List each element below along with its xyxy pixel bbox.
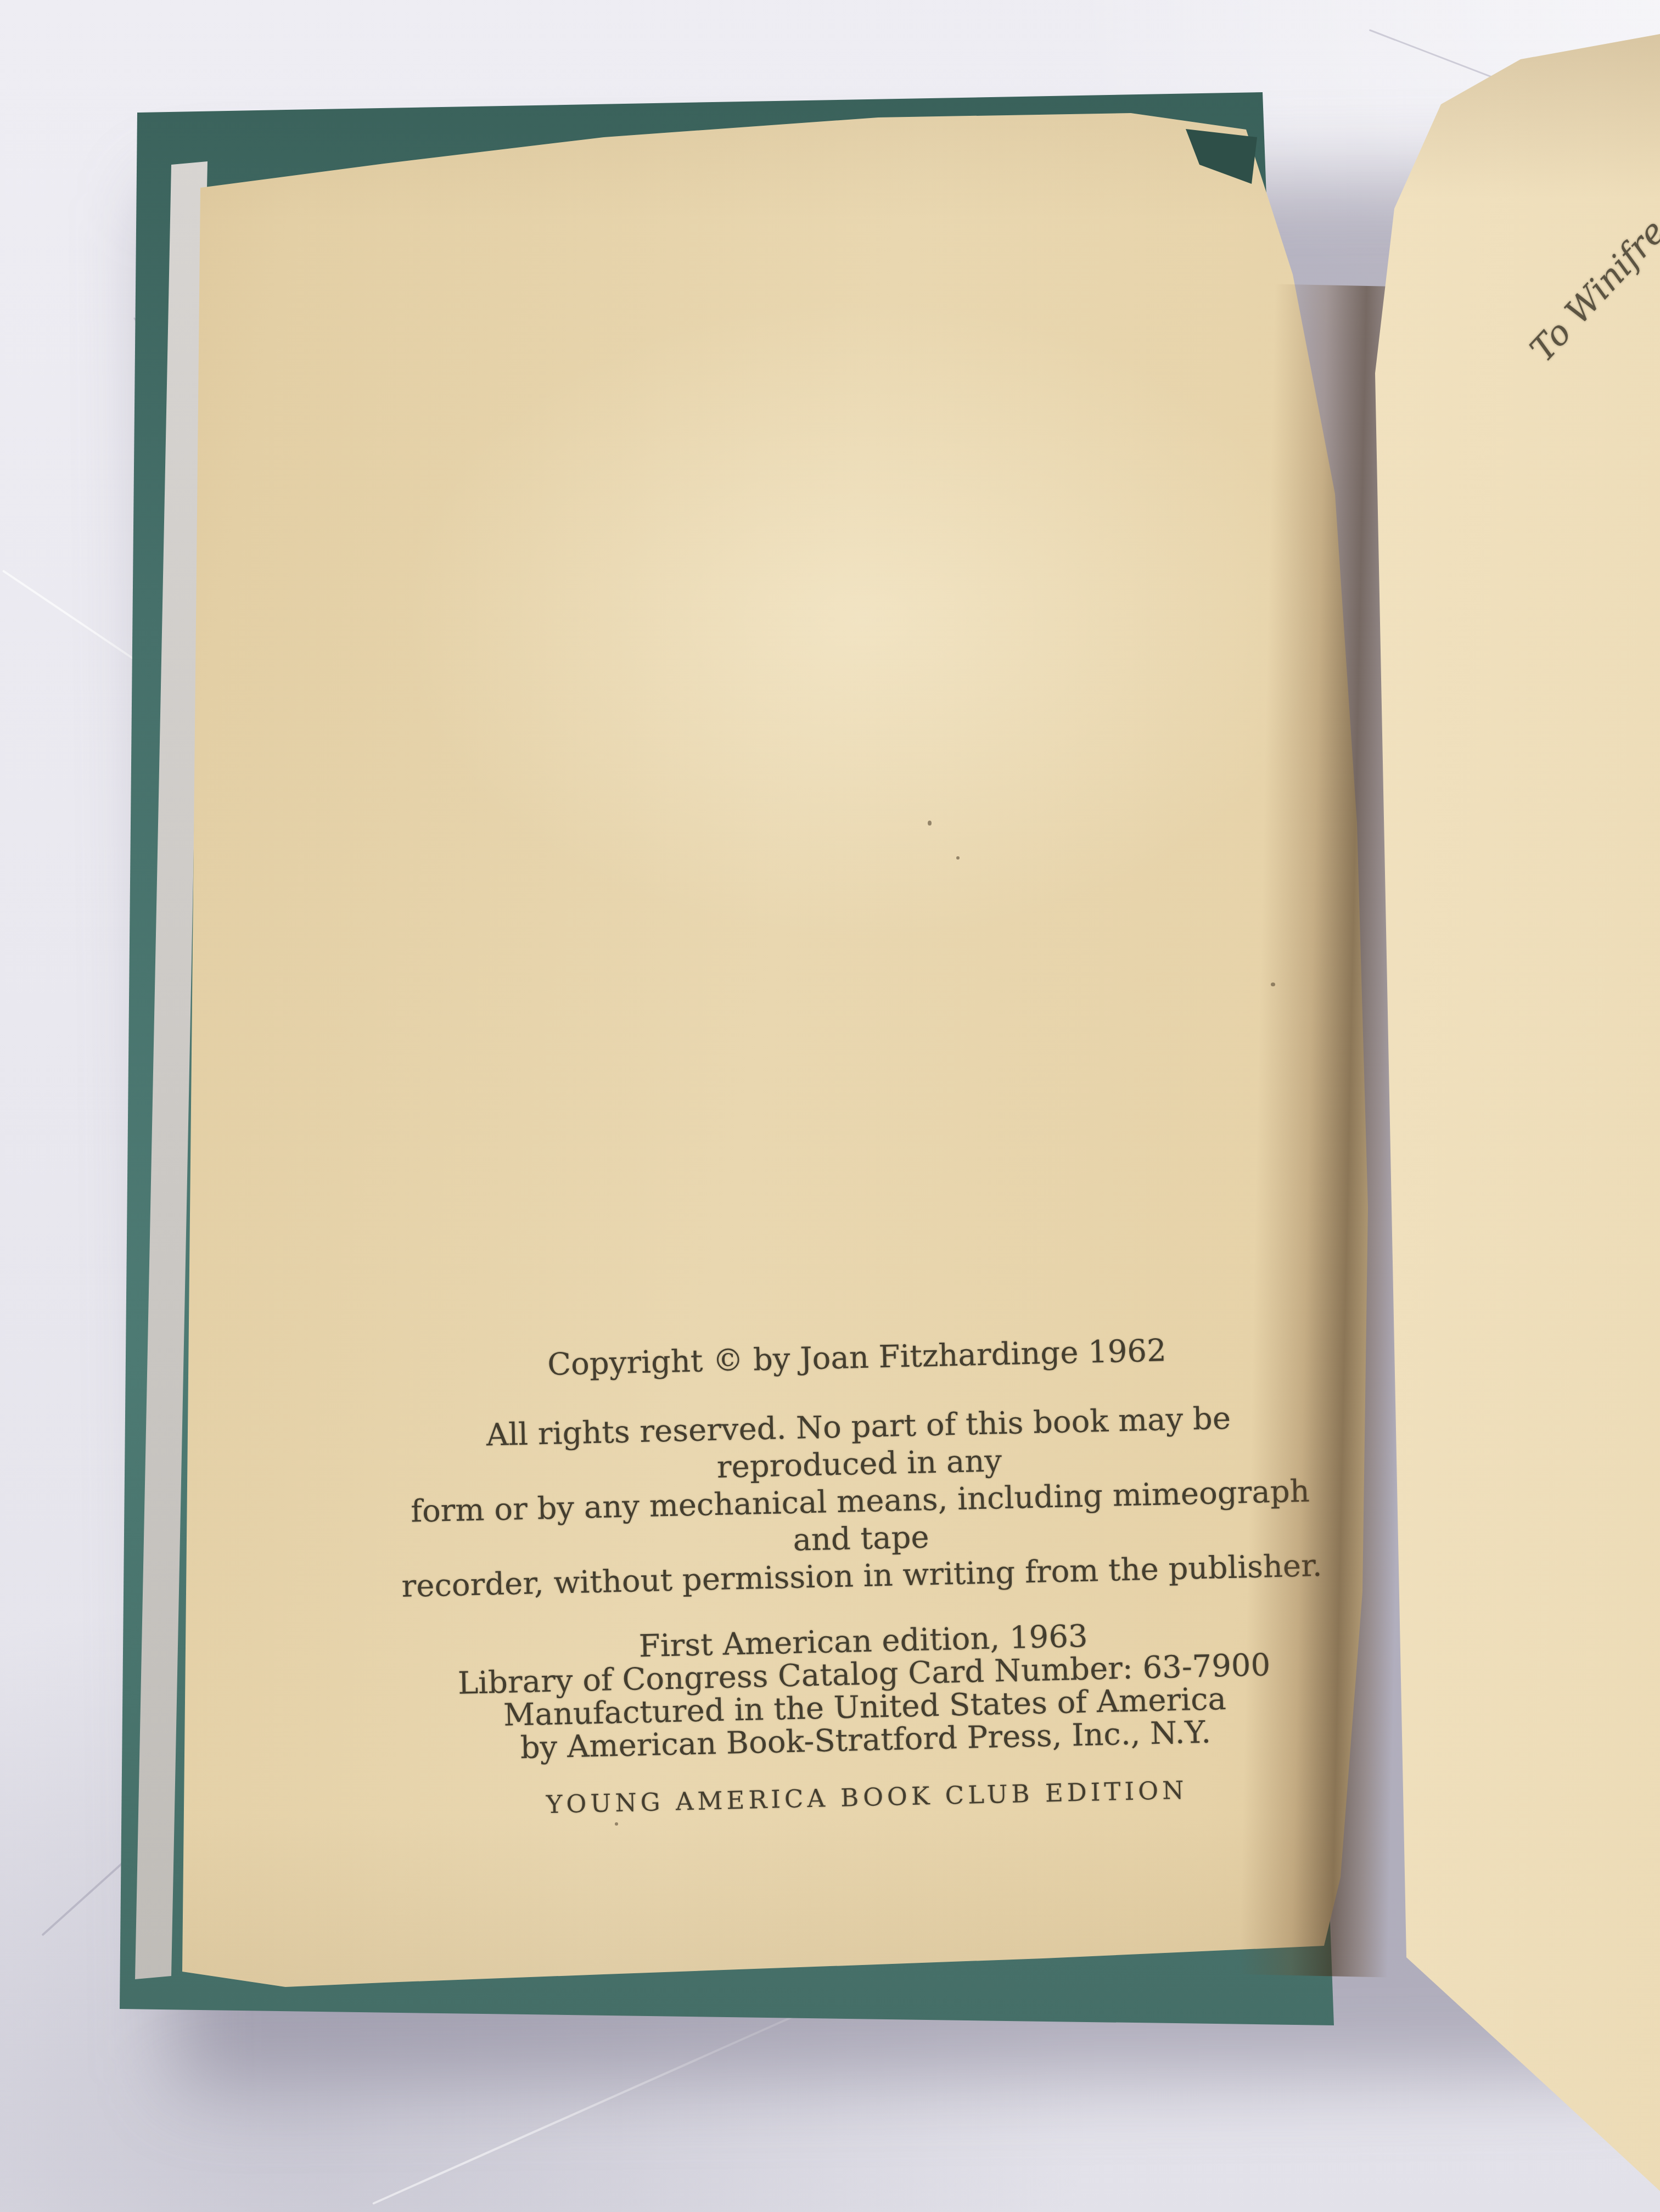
edition-block: First American edition, 1963 Library of …: [402, 1615, 1327, 1767]
paper-speck: [928, 821, 932, 826]
rights-line-2: form or by any mechanical means, includi…: [411, 1473, 1310, 1558]
rights-paragraph: All rights reserved. No part of this boo…: [397, 1398, 1323, 1605]
dedication-text: To Winifre: [1522, 85, 1660, 369]
paper-speck: [956, 856, 960, 860]
copyright-text-block: Copyright © by Joan Fitzhardinge 1962 Al…: [395, 1329, 1328, 1822]
rights-line-1: All rights reserved. No part of this boo…: [486, 1401, 1231, 1485]
paper-speck: [615, 1822, 618, 1826]
photo-of-open-book: Copyright © by Joan Fitzhardinge 1962 Al…: [0, 0, 1660, 2212]
